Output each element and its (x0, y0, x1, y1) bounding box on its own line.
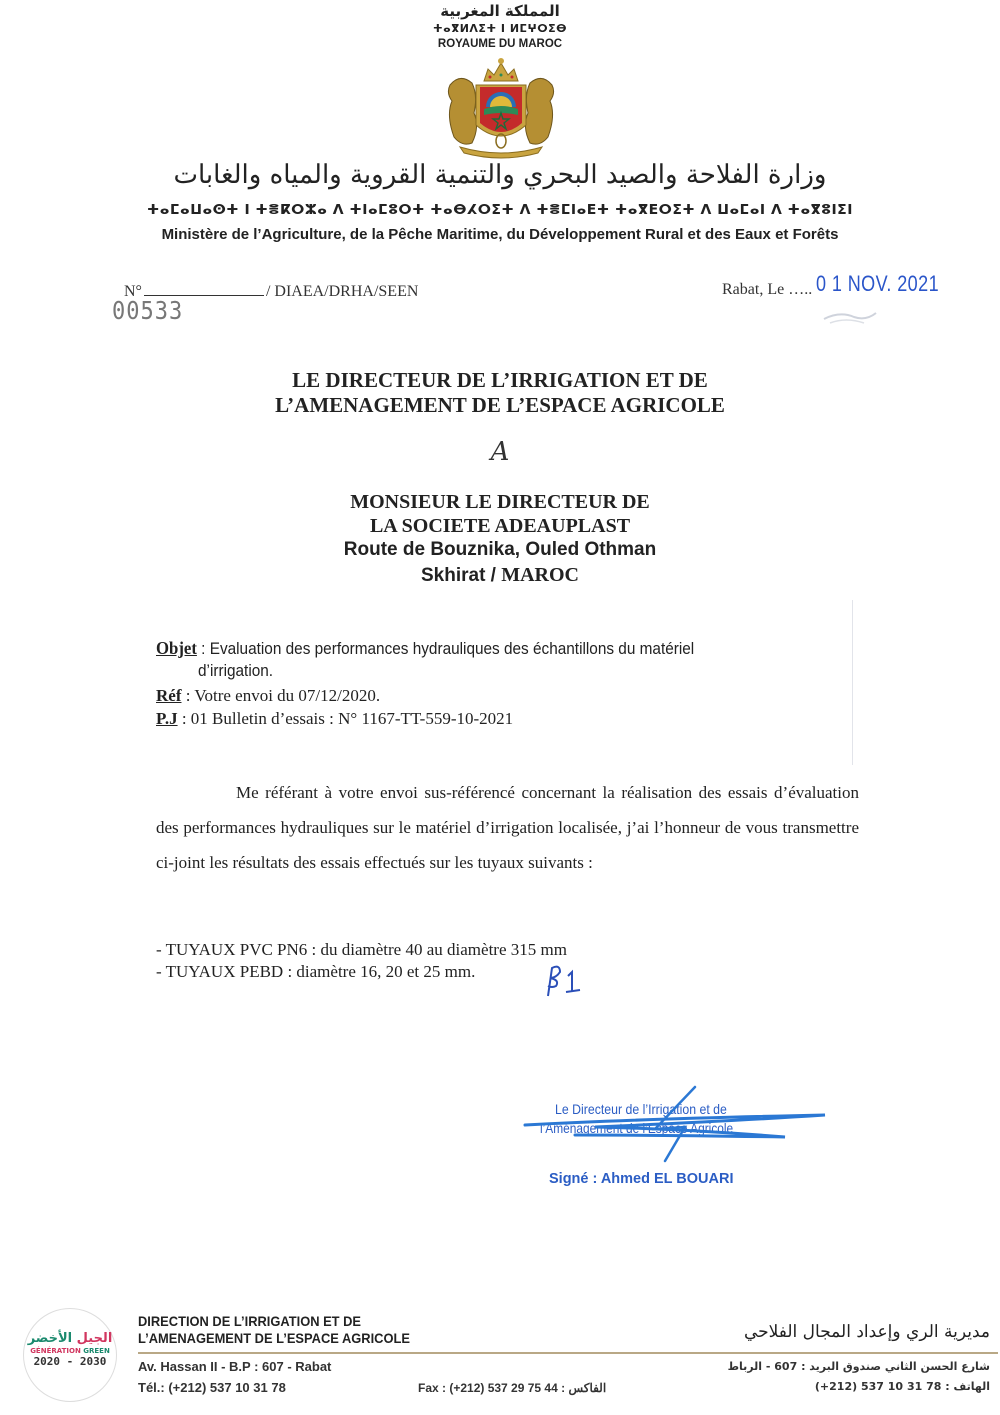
logo-years: 2020 - 2030 (24, 1355, 116, 1368)
recipient-city: Skhirat / (421, 565, 501, 586)
subject-text: : Evaluation des performances hydrauliqu… (197, 640, 694, 658)
to-marker: A (0, 437, 1000, 467)
signed-by: Signé : Ahmed EL BOUARI (549, 1171, 734, 1187)
list-item: - TUYAUX PEBD : diamètre 16, 20 et 25 mm… (156, 962, 475, 982)
subject-label: Objet (156, 638, 197, 658)
subject-continuation: d’irrigation. (198, 662, 273, 681)
generation-green-logo: الجيل الأخضر GÉNÉRATION GREEN 2020 - 203… (23, 1308, 117, 1402)
place-label: Rabat, Le ….. (722, 281, 812, 299)
reference-label: Réf (156, 686, 181, 705)
logo-arabic: الجيل الأخضر (24, 1331, 116, 1346)
footer-fax: Fax : (+212) 537 29 75 44 : الفاكس (418, 1381, 606, 1395)
body-paragraph: Me référant à votre envoi sus-référencé … (156, 775, 859, 880)
list-item: - TUYAUX PVC PN6 : du diamètre 40 au dia… (156, 940, 567, 960)
footer-title: DIRECTION DE L’IRRIGATION ET DE L’AMENAG… (138, 1313, 410, 1347)
recipient-line-2: LA SOCIETE ADEAUPLAST (0, 515, 1000, 538)
recipient-line-1: MONSIEUR LE DIRECTEUR DE (0, 490, 1000, 515)
recipient-line-3: Route de Bouznika, Ouled Othman (0, 539, 1000, 561)
kingdom-tifinagh: ⵜⴰⴳⵍⴷⵉⵜ ⵏ ⵍⵎⵖⵔⵉⴱ (0, 22, 1000, 35)
date-stamp: 0 1 NOV. 2021 (816, 271, 939, 297)
sender-block: LE DIRECTEUR DE L’IRRIGATION ET DE L’AME… (0, 368, 1000, 418)
ministry-french: Ministère de l’Agriculture, de la Pêche … (0, 226, 1000, 243)
recipient-line-4: Skhirat / MAROC (0, 564, 1000, 587)
ministry-arabic: وزارة الفلاحة والصيد البحري والتنمية الق… (0, 160, 1000, 190)
attachment-text: : 01 Bulletin d’essais : N° 1167-TT-559-… (178, 709, 514, 728)
attachment-line: P.J : 01 Bulletin d’essais : N° 1167-TT-… (156, 709, 513, 729)
footer-address: Av. Hassan II - B.P : 607 - Rabat (138, 1359, 331, 1374)
sender-line-1: LE DIRECTEUR DE L’IRRIGATION ET DE (0, 368, 1000, 393)
footer-phone: Tél.: (+212) 537 10 31 78 (138, 1380, 286, 1395)
kingdom-french: ROYAUME DU MAROC (0, 38, 1000, 50)
footer-divider (138, 1352, 998, 1354)
recipient-country: MAROC (501, 564, 579, 586)
footer-address-arabic: شارع الحسن الثاني صندوق البريد : 607 - ا… (728, 1360, 990, 1373)
reference-line: Réf : Votre envoi du 07/12/2020. (156, 686, 380, 706)
ministry-tifinagh: ⵜⴰⵎⴰⵡⴰⵙⵜ ⵏ ⵜⴻⴽⵔⵣⴰ ⴷ ⵜⵏⴰⵎⵓⵔⵜ ⵜⴰⴱⵃⵔⵉⵜ ⴷ ⵜⴻ… (0, 202, 1000, 218)
coat-of-arms-icon (440, 55, 562, 160)
reference-text: : Votre envoi du 07/12/2020. (181, 686, 380, 705)
kingdom-arabic: المملكة المغربية (0, 2, 1000, 20)
attachment-label: P.J (156, 709, 178, 728)
service-code: / DIAEA/DRHA/SEEN (266, 283, 418, 300)
scan-artifact-line (852, 600, 853, 765)
logo-english: GÉNÉRATION GREEN (24, 1347, 116, 1355)
signature-scribble (515, 1085, 835, 1165)
footer-phone-arabic: الهاتف : 78 31 10 537 (212+) (815, 1380, 990, 1393)
sender-line-2: L’AMENAGEMENT DE L’ESPACE AGRICOLE (0, 393, 1000, 418)
stamp-smudge (820, 305, 880, 327)
footer-title-arabic: مديرية الري وإعداد المجال الفلاحي (744, 1322, 990, 1342)
handwritten-initials (538, 962, 588, 1000)
number-blank (144, 281, 264, 296)
stamped-number: 00533 (112, 297, 183, 326)
subject-line: Objet : Evaluation des performances hydr… (156, 638, 694, 659)
